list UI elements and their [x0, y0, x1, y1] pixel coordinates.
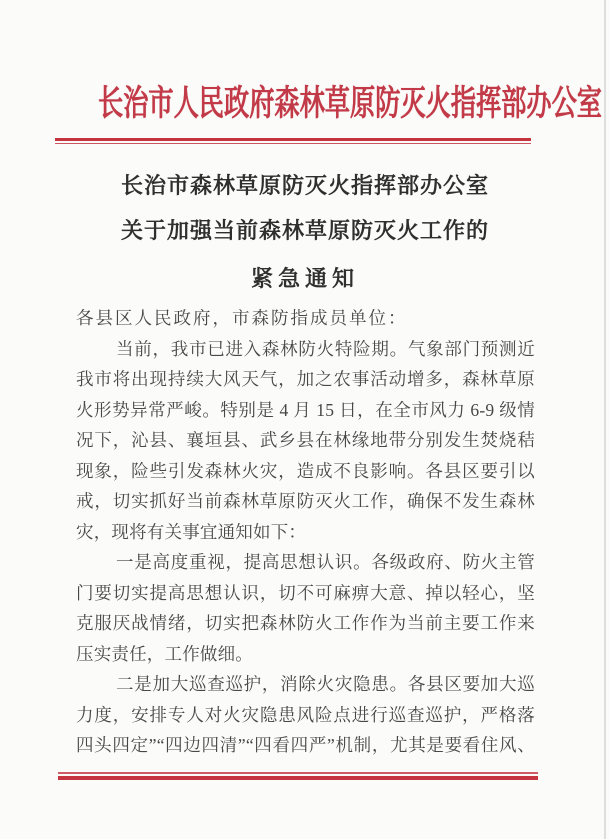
- body-line-p1-5: 现象，险些引发森林火灾，造成不良影响。各县区要引以为: [76, 456, 535, 487]
- body-line-p1-1: 当前，我市已进入森林防火特险期。气象部门预测近日: [76, 334, 535, 365]
- title-line-3: 紧急通知: [0, 256, 610, 301]
- body-line-p2-3: 克服厌战情绪，切实把森林防火工作作为当前主要工作来抓，: [76, 608, 535, 639]
- footer-divider-rule: [58, 772, 538, 780]
- body-line-p2-1: 一是高度重视，提高思想认识。各级政府、防火主管部: [76, 547, 535, 578]
- salutation-line: 各县区人民政府，市森防指成员单位：: [76, 303, 535, 334]
- title-line-1: 长治市森林草原防灭火指挥部办公室: [0, 163, 610, 208]
- rule-thick-line: [58, 776, 538, 780]
- body-line-p1-4: 况下，沁县、襄垣县、武乡县在林缘地带分别发生焚烧秸秆: [76, 425, 535, 456]
- letterhead-text: 长治市人民政府森林草原防灭火指挥部办公室: [98, 76, 602, 126]
- rule-thin-line: [55, 143, 531, 145]
- body-line-p3-3: 四头四定”“四边四清”“四看四严”机制，尤其是要看住风、: [76, 730, 535, 761]
- body-line-p1-6: 戒，切实抓好当前森林草原防灭火工作，确保不发生森林火: [76, 486, 535, 517]
- title-line-2: 关于加强当前森林草原防灭火工作的: [0, 208, 610, 253]
- body-line-p3-2: 力度，安排专人对火灾隐患风险点进行巡查巡护，严格落实: [76, 700, 535, 731]
- body-line-p2-2: 门要切实提高思想认识，切不可麻痹大意、掉以轻心，坚决: [76, 578, 535, 609]
- body-line-p2-4: 压实责任，工作做细。: [76, 639, 535, 670]
- document-letterhead: 长治市人民政府森林草原防灭火指挥部办公室: [0, 76, 610, 126]
- body-text: 各县区人民政府，市森防指成员单位：当前，我市已进入森林防火特险期。气象部门预测近…: [76, 303, 535, 761]
- scanned-document-page: 长治市人民政府森林草原防灭火指挥部办公室 长治市森林草原防灭火指挥部办公室 关于…: [0, 0, 610, 839]
- body-line-p3-1: 二是加大巡查巡护，消除火灾隐患。各县区要加大巡查: [76, 669, 535, 700]
- body-line-p1-7: 灾，现将有关事宜通知如下：: [76, 517, 535, 548]
- body-line-p1-3: 火形势异常严峻。特别是 4 月 15 日，在全市风力 6-9 级情: [76, 395, 535, 426]
- document-title: 长治市森林草原防灭火指挥部办公室 关于加强当前森林草原防灭火工作的 紧急通知: [0, 163, 610, 301]
- letterhead-divider-rule: [55, 138, 531, 144]
- body-line-p1-2: 我市将出现持续大风天气，加之农事活动增多，森林草原防: [76, 364, 535, 395]
